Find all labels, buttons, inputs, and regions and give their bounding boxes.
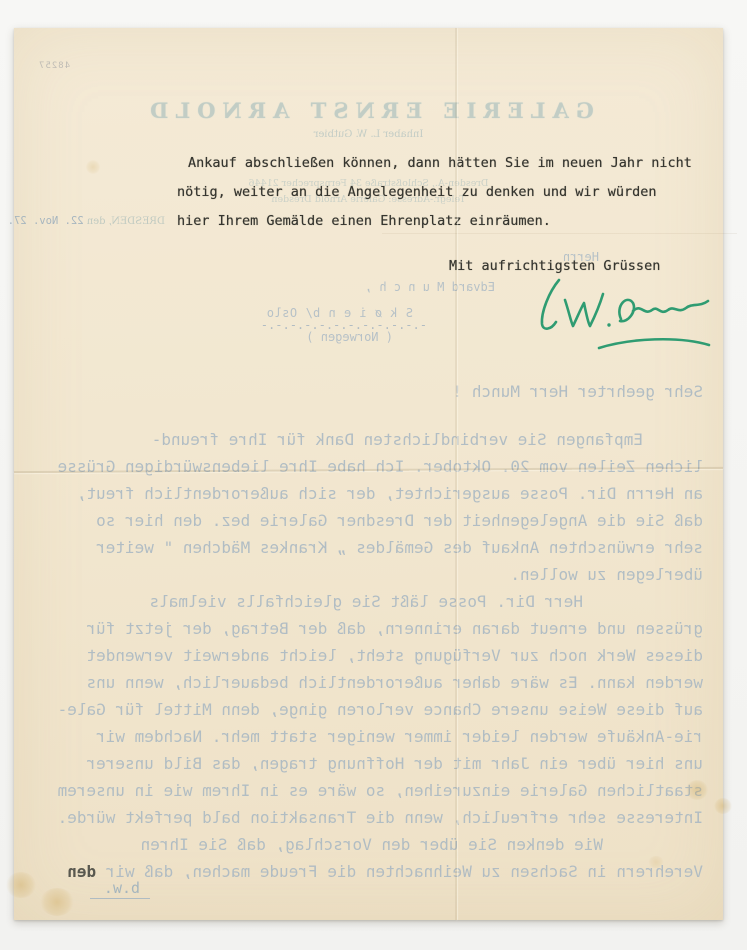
- body-line-last-word: den: [67, 862, 96, 881]
- salutation-line: Sehr geehrter Herr Munch !: [453, 382, 703, 401]
- typed-line-1: Ankauf abschließen können, dann hätten S…: [188, 155, 692, 171]
- foxing-stain: [648, 856, 664, 868]
- body-line: auf diese Weise unsere Chance verloren g…: [34, 696, 703, 723]
- body-line: grüssen und erneut daran erinnern, daß d…: [34, 615, 703, 642]
- foxing-stain: [40, 888, 74, 916]
- body-line-last: Verehrern in Sachsen zu Weihnachten die …: [34, 858, 703, 885]
- fold-crease-vertical: [455, 28, 457, 920]
- recipient-street: S k ø i e n b/ Oslo: [266, 306, 413, 320]
- foxing-stain: [86, 160, 100, 174]
- foxing-stain: [6, 872, 36, 898]
- body-line: sehr erwünschten Ankauf des Gemäldes „ K…: [34, 534, 703, 561]
- body-line: staatlichen Galerie einzureihen, so wäre…: [34, 777, 703, 804]
- recipient-country: ( Norwegen ): [306, 330, 393, 344]
- closing-line: Mit aufrichtigsten Grüssen: [449, 258, 660, 274]
- fold-crease-faint: [382, 233, 737, 234]
- body-line-last-pre: Verehrern in Sachsen zu Weihnachten die …: [96, 862, 703, 881]
- turn-over-note: b.w.: [90, 879, 150, 899]
- letter-body-bleed: Empfangen Sie verbindlichsten Dank für I…: [34, 426, 703, 885]
- body-line: daß Sie die Angelegenheit der Dresdner G…: [34, 507, 703, 534]
- body-line: überlegen zu wollen.: [34, 561, 703, 588]
- typed-line-2: nötig, weiter an die Angelegenheit zu de…: [177, 184, 657, 200]
- body-line: Empfangen Sie verbindlichsten Dank für I…: [34, 426, 703, 453]
- recipient-underline: -.-.-.-.-.-.-.-.-.-.-.-: [261, 318, 427, 332]
- dateline-printed: DRESDEN, den: [84, 216, 165, 227]
- body-line: Interesse sehr erfreulich, wenn die Tran…: [34, 804, 703, 831]
- dateline-typed: 22. Nov. 27.: [8, 215, 84, 227]
- letterhead-title: GALERIE ERNST ARNOLD: [14, 98, 723, 123]
- letter-paper: GALERIE ERNST ARNOLD Inhaber L. W. Gutbi…: [14, 28, 723, 920]
- body-line: an Herrn Dir. Posse ausgerichtet, der si…: [34, 480, 703, 507]
- signature-ink: [529, 274, 719, 369]
- body-line: werden kann. Es wäre daher außerordentli…: [34, 669, 703, 696]
- body-line: uns hier über ein Jahr mit der Hoffnung …: [34, 750, 703, 777]
- typed-line-3: hier Ihrem Gemälde einen Ehrenplatz einr…: [177, 213, 551, 229]
- recipient-name: Edvard M u n c h ,: [365, 280, 495, 294]
- archive-number-pencil: 48257: [38, 61, 70, 71]
- foxing-stain: [686, 780, 708, 800]
- body-line: Wie denken Sie über den Vorschlag, daß S…: [34, 831, 703, 858]
- scan-background: { "front": { "lines": [ "Ankauf abschlie…: [0, 0, 747, 950]
- foxing-stain: [714, 798, 732, 814]
- body-line: Herr Dir. Posse läßt Sie gleichfalls vie…: [34, 588, 703, 615]
- body-line: rie-Ankäufe werden leider immer weniger …: [34, 723, 703, 750]
- body-line: dieses Werk noch zur Verfügung steht, le…: [34, 642, 703, 669]
- letterhead-owner: Inhaber L. W. Gutbier: [14, 129, 723, 140]
- body-line: lichen Zeilen vom 20. Oktober. Ich habe …: [34, 453, 703, 480]
- dateline: DRESDEN, den 22. Nov. 27.: [8, 215, 165, 227]
